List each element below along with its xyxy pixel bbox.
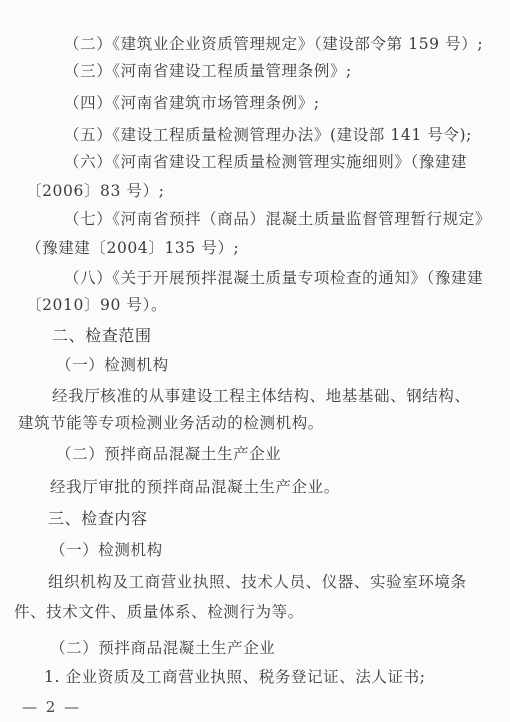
subsection-content-producers: （二）预拌商品混凝土生产企业 (50, 638, 275, 658)
section-heading-scope: 二、检查范围 (52, 326, 152, 346)
regulation-item-2: （二）《建筑业企业资质管理规定》（建设部令第 159 号）; (64, 34, 483, 54)
page-number: — 2 — (22, 698, 81, 716)
regulation-item-5: （五）《建设工程质量检测管理办法》(建设部 141 号令); (64, 125, 472, 145)
paragraph-scope-agencies-cont: 建筑节能等专项检测业务活动的检测机构。 (18, 413, 324, 433)
paragraph-content-agencies-cont: 件、技术文件、质量体系、检测行为等。 (14, 602, 304, 622)
subsection-content-agencies: （一）检测机构 (50, 540, 163, 560)
subsection-testing-agencies: （一）检测机构 (56, 355, 169, 375)
paragraph-scope-producers: 经我厅审批的预拌商品混凝土生产企业。 (50, 477, 340, 497)
subsection-concrete-producers: （二）预拌商品混凝土生产企业 (56, 444, 281, 464)
regulation-item-8-cont: 〔2010〕90 号）。 (26, 295, 167, 315)
regulation-item-6-cont: 〔2006〕83 号）; (26, 181, 165, 201)
section-heading-content: 三、检查内容 (48, 509, 148, 529)
regulation-item-3: （三）《河南省建设工程质量管理条例》; (64, 61, 352, 81)
regulation-item-6: （六）《河南省建设工程质量检测管理实施细则》（豫建建 (64, 152, 467, 172)
regulation-item-8: （八）《关于开展预拌混凝土质量专项检查的通知》（豫建建 (64, 268, 483, 288)
document-page: （二）《建筑业企业资质管理规定》（建设部令第 159 号）; （三）《河南省建设… (0, 0, 510, 722)
regulation-item-7-cont: （豫建建〔2004〕135 号）; (26, 238, 239, 258)
regulation-item-4: （四）《河南省建筑市场管理条例》; (64, 93, 320, 113)
list-item-1: 1. 企业资质及工商营业执照、税务登记证、法人证书; (44, 667, 426, 687)
regulation-item-7: （七）《河南省预拌（商品）混凝土质量监督管理暂行规定》 (64, 209, 491, 229)
paragraph-scope-agencies: 经我厅核准的从事建设工程主体结构、地基基础、钢结构、 (52, 386, 471, 406)
paragraph-content-agencies: 组织机构及工商营业执照、技术人员、仪器、实验室环境条 (48, 572, 467, 592)
